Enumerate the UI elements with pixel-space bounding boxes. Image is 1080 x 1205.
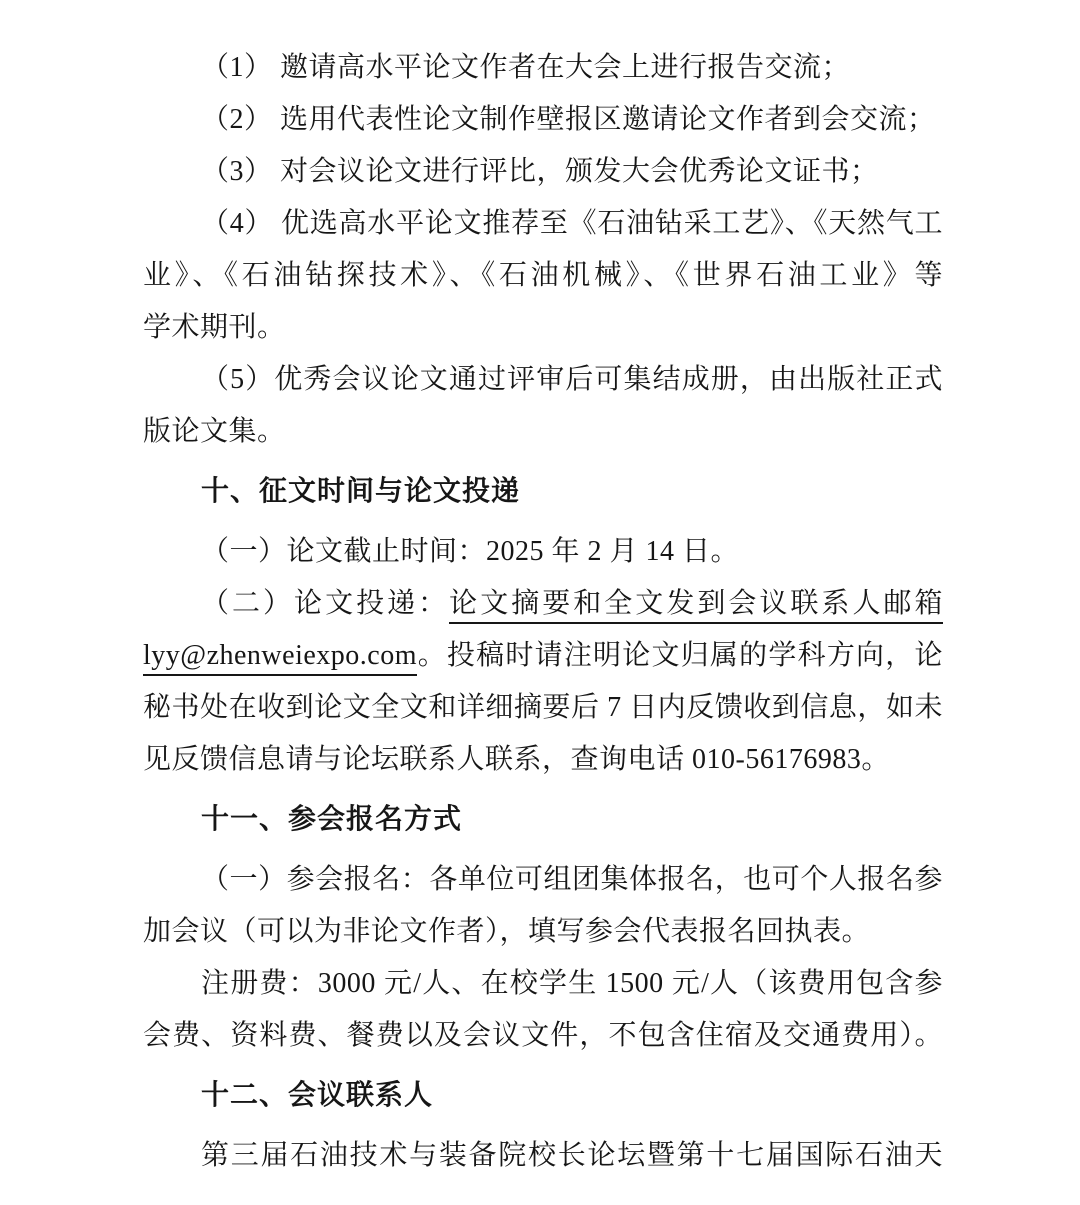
text-block: （1） 邀请高水平论文作者在大会上进行报告交流； （2） 选用代表性论文制作壁报… <box>143 42 943 1182</box>
list-item-5-line-2: 版论文集。 <box>143 406 943 458</box>
registration-line-2: 加会议（可以为非论文作者），填写参会代表报名回执表。 <box>143 906 943 958</box>
paper-deadline-line: （一）论文截止时间：2025 年 2 月 14 日。 <box>143 526 943 578</box>
email-text: lyy@zhenweiexpo.com <box>143 640 417 676</box>
list-item-5-line-1: （5）优秀会议论文通过评审后可集结成册，由出版社正式出 <box>143 354 943 406</box>
list-item-1: （1） 邀请高水平论文作者在大会上进行报告交流； <box>143 42 943 94</box>
list-item-4-line-1: （4） 优选高水平论文推荐至《石油钻采工艺》、《天然气工 <box>143 198 943 250</box>
fee-line-1: 注册费：3000 元/人、在校学生 1500 元/人（该费用包含参 <box>143 958 943 1010</box>
paper-submission-line-4: 见反馈信息请与论坛联系人联系，查询电话 010-56176983。 <box>143 734 943 786</box>
section-heading-12: 十二、会议联系人 <box>143 1070 943 1122</box>
paper-submission-line-3: 秘书处在收到论文全文和详细摘要后 7 日内反馈收到信息，如未 <box>143 682 943 734</box>
fee-line-2: 会费、资料费、餐费以及会议文件，不包含住宿及交通费用）。 <box>143 1010 943 1062</box>
contact-intro-line: 第三届石油技术与装备院校长论坛暨第十七届国际石油天 <box>143 1130 943 1182</box>
section-heading-10: 十、征文时间与论文投递 <box>143 466 943 518</box>
list-item-3: （3） 对会议论文进行评比，颁发大会优秀论文证书； <box>143 146 943 198</box>
submission-label: （二）论文投递： <box>201 588 449 619</box>
list-item-2: （2） 选用代表性论文制作壁报区邀请论文作者到会交流； <box>143 94 943 146</box>
underlined-instruction-text: 论文摘要和全文发到会议联系人邮箱 <box>449 588 943 624</box>
registration-line-1: （一）参会报名：各单位可组团集体报名，也可个人报名参 <box>143 854 943 906</box>
list-item-4-line-2: 业》、《石油钻探技术》、《石油机械》、《世界石油工业》等 <box>143 250 943 302</box>
section-heading-11: 十一、参会报名方式 <box>143 794 943 846</box>
document-page: （1） 邀请高水平论文作者在大会上进行报告交流； （2） 选用代表性论文制作壁报… <box>0 0 1080 1205</box>
paper-submission-line-1: （二）论文投递：论文摘要和全文发到会议联系人邮箱 <box>143 578 943 630</box>
list-item-4-line-3: 学术期刊。 <box>143 302 943 354</box>
paper-submission-line-2: lyy@zhenweiexpo.com。投稿时请注明论文归属的学科方向，论坛 <box>143 630 943 682</box>
